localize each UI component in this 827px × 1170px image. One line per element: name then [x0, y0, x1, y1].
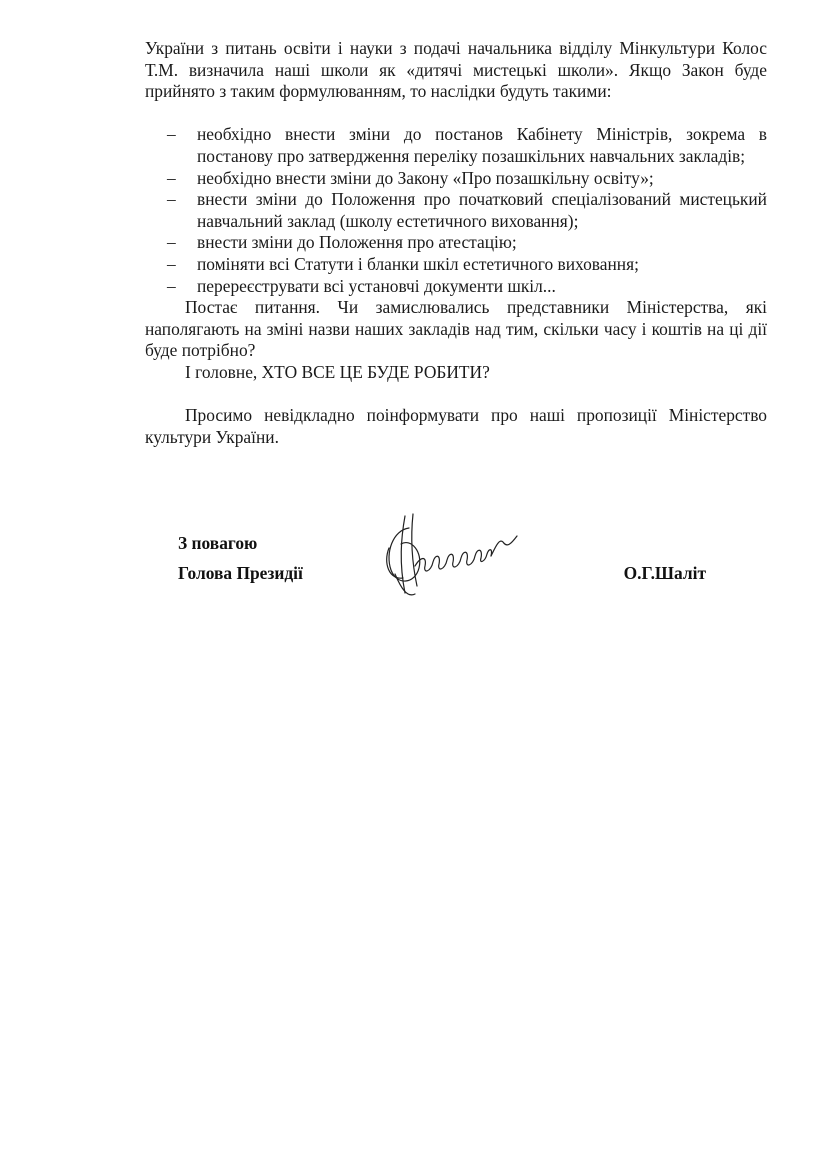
request-paragraph: Просимо невідкладно поінформувати про на…	[145, 405, 767, 448]
letter-body: України з питань освіти і науки з подачі…	[145, 38, 767, 448]
list-item: –необхідно внести зміни до постанов Кабі…	[145, 124, 767, 167]
spacer	[145, 384, 767, 406]
dash-marker: –	[167, 124, 176, 146]
handwritten-signature-icon	[375, 508, 525, 603]
signer-position: Голова Президії	[178, 563, 303, 584]
dash-marker: –	[167, 189, 176, 211]
list-item: –внести зміни до Положення про атестацію…	[145, 232, 767, 254]
question-paragraph: Постає питання. Чи замислювались предста…	[145, 297, 767, 362]
opening-paragraph: України з питань освіти і науки з подачі…	[145, 38, 767, 103]
list-item: –поміняти всі Статути і бланки шкіл есте…	[145, 254, 767, 276]
list-item: –перереєструвати всі установчі документи…	[145, 276, 767, 298]
dash-marker: –	[167, 168, 176, 190]
list-item: –внести зміни до Положення про початкови…	[145, 189, 767, 232]
list-item: –необхідно внести зміни до Закону «Про п…	[145, 168, 767, 190]
dash-marker: –	[167, 276, 176, 298]
signer-name: О.Г.Шаліт	[624, 563, 706, 584]
dash-marker: –	[167, 254, 176, 276]
dash-marker: –	[167, 232, 176, 254]
main-question: І головне, ХТО ВСЕ ЦЕ БУДЕ РОБИТИ?	[145, 362, 767, 384]
regards-text: З повагою	[178, 533, 257, 554]
consequences-list: –необхідно внести зміни до постанов Кабі…	[145, 124, 767, 297]
spacer	[145, 103, 767, 125]
